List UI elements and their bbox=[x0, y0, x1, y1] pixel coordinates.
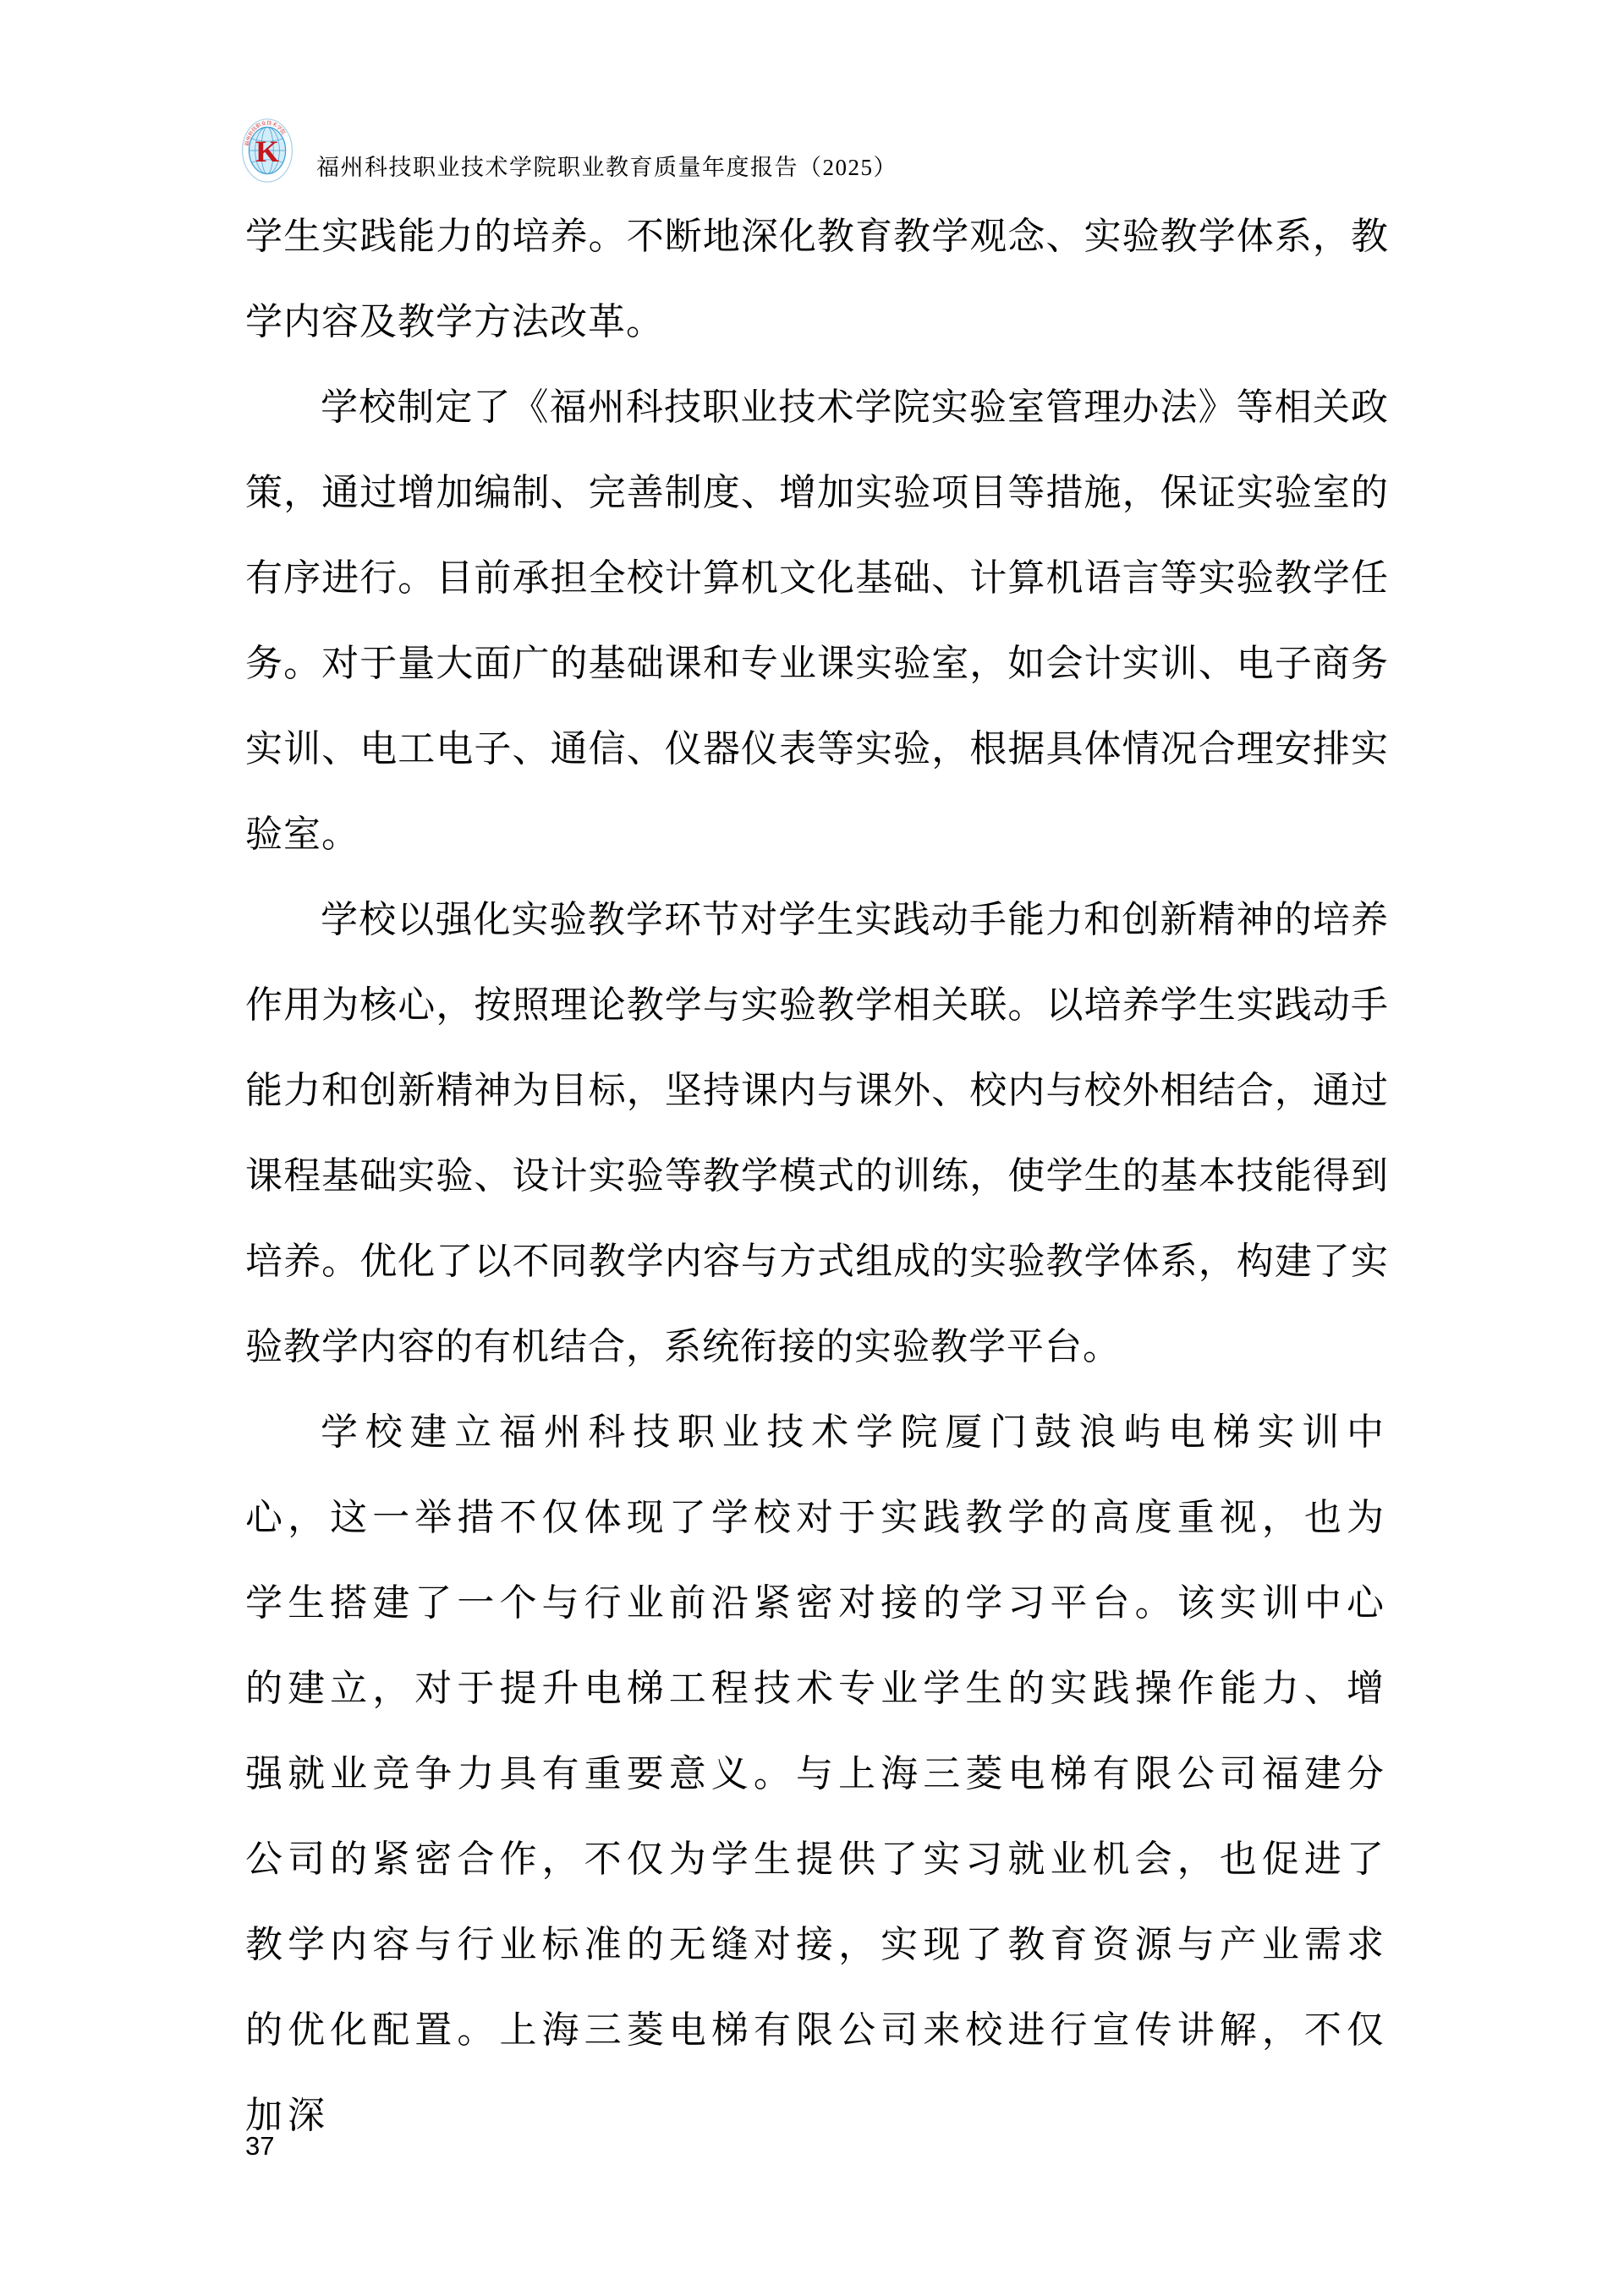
paragraph-3: 学校以强化实验教学环节对学生实践动手能力和创新精神的培养作用为核心，按照理论教学… bbox=[245, 877, 1389, 1389]
report-header-title: 福州科技职业技术学院职业教育质量年度报告（2025） bbox=[316, 149, 897, 182]
document-page: 福州科技职业技术学院 K 福州科技职业技术学院职业教育质量年度报告（2025） … bbox=[0, 0, 1624, 2296]
paragraph-1: 学生实践能力的培养。不断地深化教育教学观念、实验教学体系，教学内容及教学方法改革… bbox=[245, 194, 1389, 364]
school-emblem-logo: 福州科技职业技术学院 K bbox=[242, 118, 293, 183]
paragraph-4: 学校建立福州科技职业技术学院厦门鼓浪屿电梯实训中心，这一举措不仅体现了学校对于实… bbox=[245, 1389, 1389, 2158]
paragraph-2: 学校制定了《福州科技职业技术学院实验室管理办法》等相关政策，通过增加编制、完善制… bbox=[245, 364, 1389, 877]
document-body: 学生实践能力的培养。不断地深化教育教学观念、实验教学体系，教学内容及教学方法改革… bbox=[245, 194, 1389, 2158]
page-number: 37 bbox=[245, 2131, 274, 2162]
emblem-monogram: K bbox=[255, 134, 279, 168]
